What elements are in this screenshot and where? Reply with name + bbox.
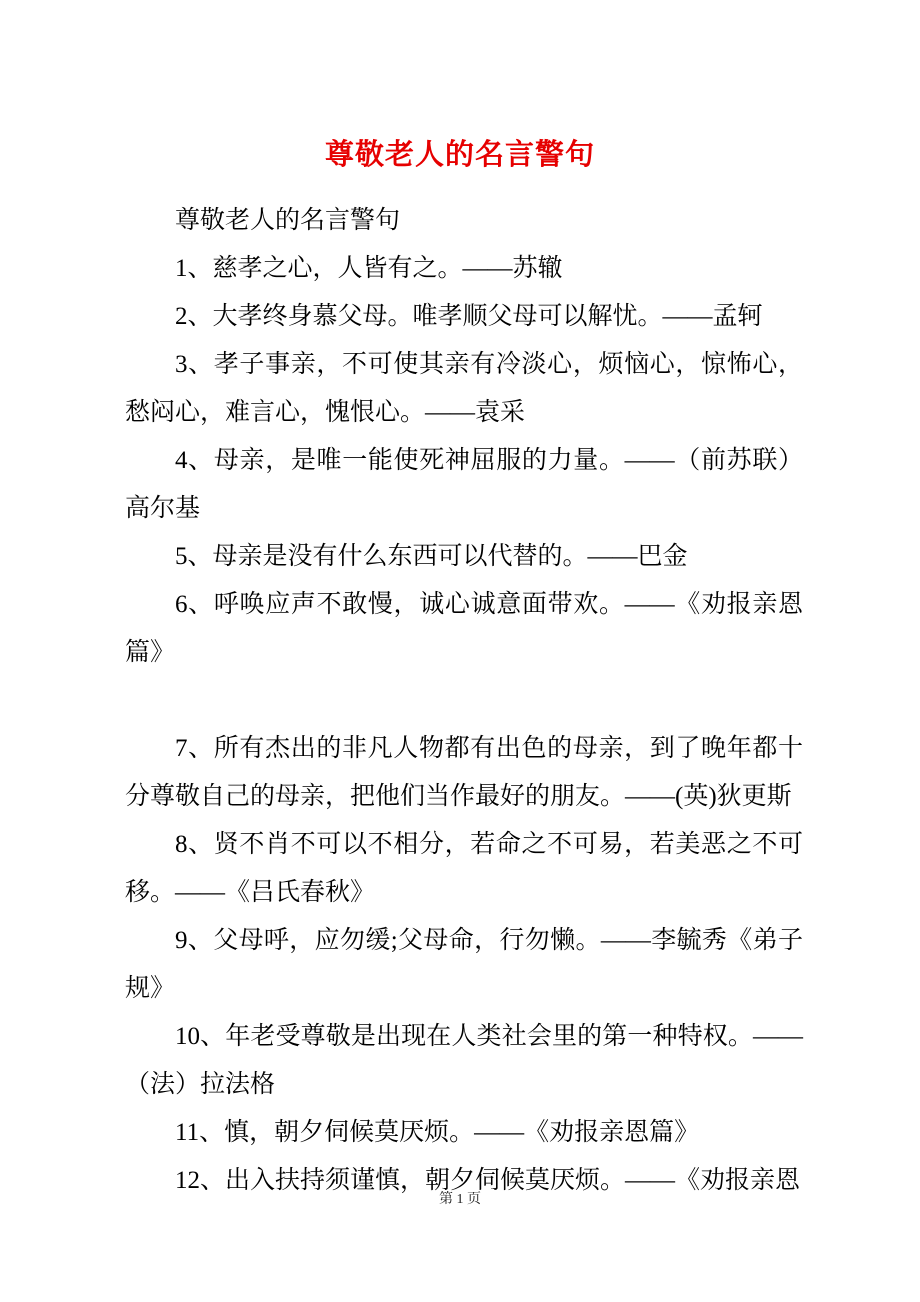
paragraph-quote-5: 5、母亲是没有什么东西可以代替的。——巴金 — [125, 533, 803, 581]
paragraph-quote-11: 11、慎，朝夕伺候莫厌烦。——《劝报亲恩篇》 — [125, 1109, 803, 1157]
paragraph-quote-6: 6、呼唤应声不敢慢，诚心诚意面带欢。——《劝报亲恩篇》 — [125, 581, 803, 677]
paragraph-quote-10: 10、年老受尊敬是出现在人类社会里的第一种特权。——（法）拉法格 — [125, 1013, 803, 1109]
paragraph-quote-1: 1、慈孝之心，人皆有之。——苏辙 — [125, 245, 803, 293]
paragraph-quote-7: 7、所有杰出的非凡人物都有出色的母亲，到了晚年都十分尊敬自己的母亲，把他们当作最… — [125, 725, 803, 821]
blank-line — [125, 677, 803, 725]
page-number-label: 第 1 页 — [439, 1192, 481, 1207]
paragraph-quote-4: 4、母亲，是唯一能使死神屈服的力量。——（前苏联）高尔基 — [125, 437, 803, 533]
document-title: 尊敬老人的名言警句 — [0, 132, 920, 173]
paragraph-quote-8: 8、贤不肖不可以不相分，若命之不可易，若美恶之不可移。——《吕氏春秋》 — [125, 821, 803, 917]
paragraph-heading: 尊敬老人的名言警句 — [125, 197, 803, 245]
document-body: 尊敬老人的名言警句 1、慈孝之心，人皆有之。——苏辙 2、大孝终身慕父母。唯孝顺… — [125, 197, 803, 1205]
document-page: 尊敬老人的名言警句 尊敬老人的名言警句 1、慈孝之心，人皆有之。——苏辙 2、大… — [0, 0, 920, 1302]
paragraph-quote-2: 2、大孝终身慕父母。唯孝顺父母可以解忧。——孟轲 — [125, 293, 803, 341]
paragraph-quote-3: 3、孝子事亲，不可使其亲有冷淡心，烦恼心，惊怖心，愁闷心，难言心，愧恨心。——袁… — [125, 341, 803, 437]
page-footer: 第 1 页 — [0, 1190, 920, 1210]
paragraph-quote-9: 9、父母呼，应勿缓;父母命，行勿懒。——李毓秀《弟子规》 — [125, 917, 803, 1013]
